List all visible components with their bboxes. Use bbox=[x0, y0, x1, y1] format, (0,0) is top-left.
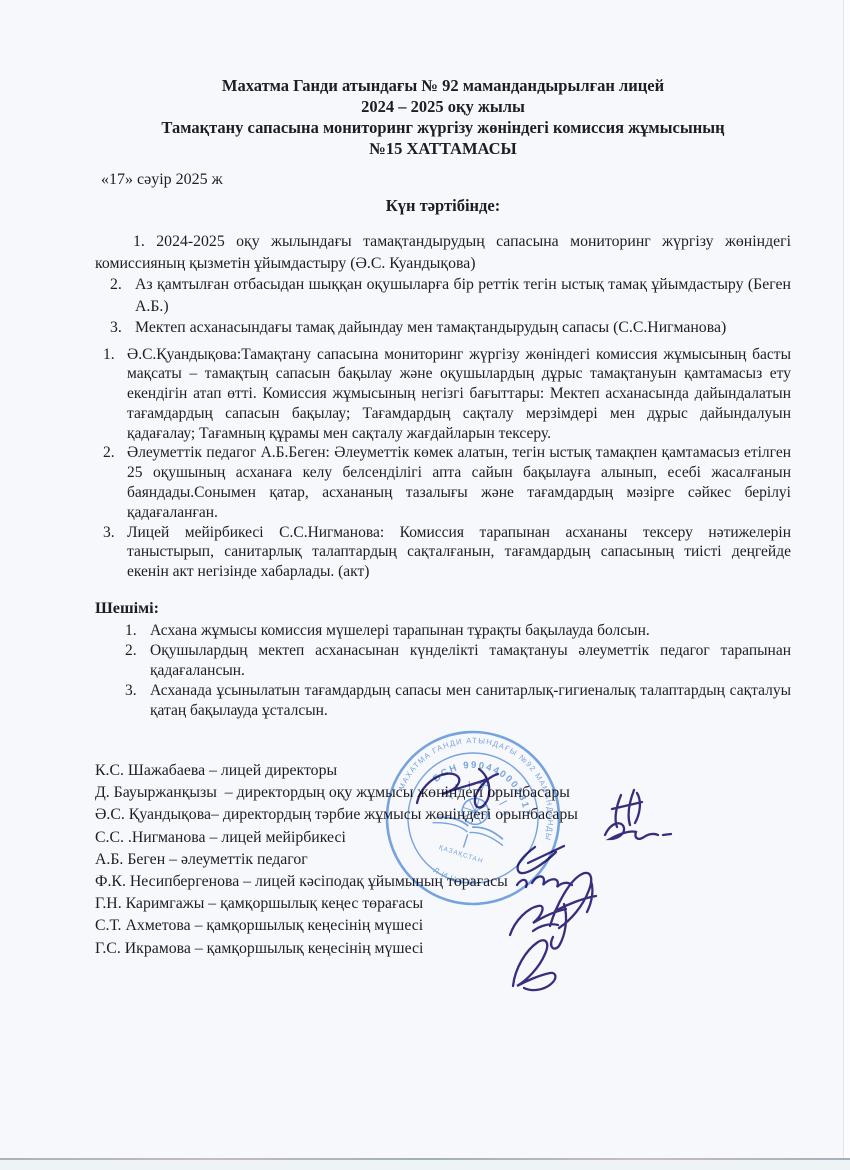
speech-item-number: 3. bbox=[103, 523, 119, 543]
agenda-item: 3. Мектеп асханасындағы тамақ дайындау м… bbox=[95, 317, 791, 339]
title-commission: Тамақтану сапасына мониторинг жүргізу жө… bbox=[95, 117, 791, 138]
speech-item: 2. Әлеуметтік педагог А.Б.Беген: Әлеумет… bbox=[95, 443, 791, 522]
signature-stroke-nurse bbox=[517, 846, 572, 887]
signature-stroke-council-member bbox=[513, 940, 555, 990]
scanned-protocol-page: Махатма Ганди атындағы № 92 мамандандыры… bbox=[0, 0, 850, 1170]
title-school-year: 2024 – 2025 оқу жылы bbox=[95, 96, 791, 117]
decision-item-text: Асханада ұсынылатын тағамдардың сапасы м… bbox=[150, 682, 791, 719]
scanner-background-strip bbox=[0, 1160, 850, 1170]
decision-item-number: 2. bbox=[125, 641, 141, 661]
decision-item: 3. Асханада ұсынылатын тағамдардың сапас… bbox=[95, 681, 791, 721]
decision-heading: Шешімі: bbox=[95, 599, 791, 618]
decision-item-number: 1. bbox=[125, 621, 141, 641]
agenda-list: 1. 2024-2025 оқу жылындағы тамақтандыруд… bbox=[95, 231, 791, 339]
handwritten-signatures bbox=[385, 735, 725, 1005]
title-protocol-number: №15 ХАТТАМАСЫ bbox=[95, 138, 791, 159]
signature-stroke-study-deputy bbox=[612, 790, 642, 827]
decision-item-text: Оқушылардың мектеп асханасынан күнделікт… bbox=[150, 642, 791, 679]
decision-item-text: Асхана жұмысы комиссия мүшелері тарапына… bbox=[150, 622, 650, 639]
speech-item-text: Ә.С.Қуандықова:Тамақтану сапасына монито… bbox=[127, 346, 791, 442]
agenda-item-number: 3. bbox=[110, 317, 126, 339]
decision-item: 1. Асхана жұмысы комиссия мүшелері тарап… bbox=[95, 621, 791, 641]
agenda-item-text: 2024-2025 оқу жылындағы тамақтандырудың … bbox=[95, 233, 791, 272]
document-title-block: Махатма Ганди атындағы № 92 мамандандыры… bbox=[95, 75, 791, 159]
agenda-item-number: 2. bbox=[110, 274, 126, 296]
decision-item-number: 3. bbox=[125, 681, 141, 701]
agenda-item: 2. Аз қамтылған отбасыдан шыққан оқушыла… bbox=[95, 274, 791, 317]
speech-item-text: Әлеуметтік педагог А.Б.Беген: Әлеуметтік… bbox=[127, 444, 791, 520]
title-school-name: Махатма Ганди атындағы № 92 мамандандыры… bbox=[95, 75, 791, 96]
agenda-item-text: Мектеп асханасындағы тамақ дайындау мен … bbox=[135, 319, 726, 336]
speech-item: 1. Ә.С.Қуандықова:Тамақтану сапасына мон… bbox=[95, 345, 791, 444]
speeches-list: 1. Ә.С.Қуандықова:Тамақтану сапасына мон… bbox=[95, 345, 791, 583]
agenda-item: 1. 2024-2025 оқу жылындағы тамақтандыруд… bbox=[95, 231, 791, 274]
decision-item: 2. Оқушылардың мектеп асханасынан күндел… bbox=[95, 641, 791, 681]
agenda-heading: Күн тәртібінде: bbox=[95, 196, 791, 216]
signature-stroke-education-deputy bbox=[605, 823, 671, 839]
speech-item-number: 1. bbox=[103, 345, 119, 365]
scan-page-right-edge bbox=[843, 0, 850, 1170]
agenda-item-number: 1. bbox=[133, 233, 156, 250]
speech-item-number: 2. bbox=[103, 443, 119, 463]
signature-stroke-director bbox=[417, 769, 498, 807]
date-line: «17» сәуір 2025 ж bbox=[95, 171, 791, 189]
agenda-item-text: Аз қамтылған отбасыдан шыққан оқушыларға… bbox=[135, 276, 791, 315]
speech-item-text: Лицей мейірбикесі С.С.Нигманова: Комисси… bbox=[127, 524, 791, 581]
decision-list: 1. Асхана жұмысы комиссия мүшелері тарап… bbox=[95, 621, 791, 721]
speech-item: 3. Лицей мейірбикесі С.С.Нигманова: Коми… bbox=[95, 523, 791, 582]
